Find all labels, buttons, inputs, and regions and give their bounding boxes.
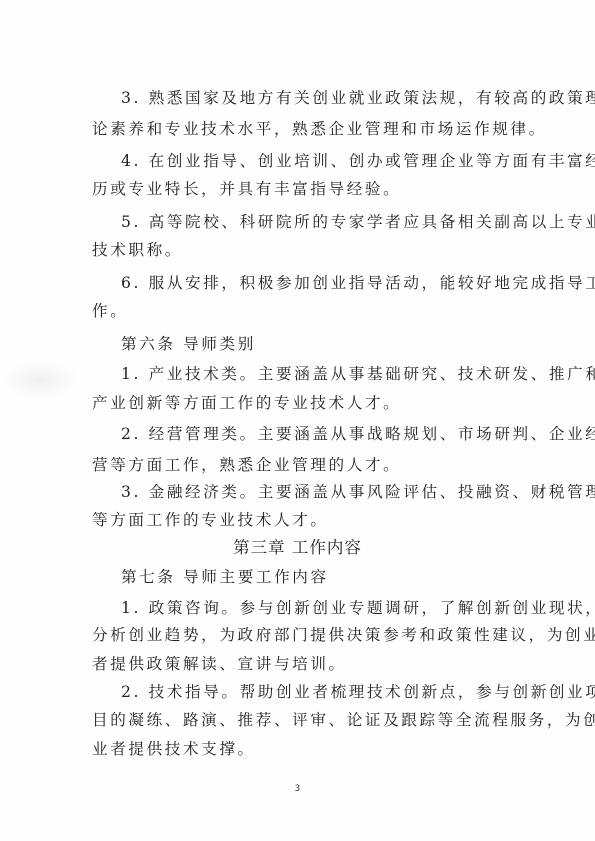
line-text: 2. 经营管理类。主要涵盖从事战略规划、市场研判、企业经	[121, 424, 595, 444]
line-text: 作。	[92, 301, 128, 321]
line-text: 营等方面工作，熟悉企业管理的人才。	[92, 455, 401, 475]
paragraph-line: 分析创业趋势，为政府部门提供决策参考和政策性建议，为创业	[0, 625, 595, 645]
paragraph-line: 产业创新等方面工作的专业技术人才。	[0, 393, 595, 413]
line-text: 分析创业趋势，为政府部门提供决策参考和政策性建议，为创业	[92, 625, 595, 645]
paragraph-line: 技术职称。	[0, 240, 595, 260]
paragraph-line: 作。	[0, 301, 595, 321]
line-text: 业者提供技术支撑。	[92, 739, 256, 759]
page-number: 3	[0, 784, 595, 794]
line-text: 5. 高等院校、科研院所的专家学者应具备相关副高以上专业	[121, 212, 595, 232]
document-page: 3. 熟悉国家及地方有关创业就业政策法规，有较高的政策理 论素养和专业技术水平，…	[0, 0, 595, 841]
line-text: 第六条 导师类别	[121, 334, 256, 354]
paragraph-line: 6. 服从安排，积极参加创业指导活动，能较好地完成指导工	[0, 273, 595, 293]
paragraph-line: 3. 金融经济类。主要涵盖从事风险评估、投融资、财税管理	[0, 482, 595, 502]
line-text: 者提供政策解读、宣讲与培训。	[92, 654, 347, 674]
paragraph-line: 1. 产业技术类。主要涵盖从事基础研究、技术研发、推广和	[0, 364, 595, 384]
paragraph-line: 者提供政策解读、宣讲与培训。	[0, 654, 595, 674]
line-text: 6. 服从安排，积极参加创业指导活动，能较好地完成指导工	[121, 273, 595, 293]
line-text: 2. 技术指导。帮助创业者梳理技术创新点，参与创新创业项	[121, 682, 595, 702]
line-text: 历或专业特长，并具有丰富指导经验。	[92, 179, 401, 199]
paragraph-line: 1. 政策咨询。参与创新创业专题调研，了解创新创业现状，	[0, 598, 595, 618]
line-text: 3. 熟悉国家及地方有关创业就业政策法规，有较高的政策理	[121, 88, 595, 108]
paragraph-line: 历或专业特长，并具有丰富指导经验。	[0, 179, 595, 199]
line-text: 目的凝练、路演、推荐、评审、论证及跟踪等全流程服务，为创	[92, 710, 595, 730]
paragraph-line: 4. 在创业指导、创业培训、创办或管理企业等方面有丰富经	[0, 151, 595, 171]
line-text: 产业创新等方面工作的专业技术人才。	[92, 393, 401, 413]
line-text: 等方面工作的专业技术人才。	[92, 510, 329, 530]
paragraph-line: 等方面工作的专业技术人才。	[0, 510, 595, 530]
paragraph-line: 2. 技术指导。帮助创业者梳理技术创新点，参与创新创业项	[0, 682, 595, 702]
article-title: 第六条 导师类别	[0, 334, 595, 354]
article-title: 第七条 导师主要工作内容	[0, 567, 595, 587]
chapter-heading: 第三章 工作内容	[0, 537, 595, 559]
line-text: 4. 在创业指导、创业培训、创办或管理企业等方面有丰富经	[121, 151, 595, 171]
paragraph-line: 营等方面工作，熟悉企业管理的人才。	[0, 455, 595, 475]
paragraph-line: 业者提供技术支撑。	[0, 739, 595, 759]
line-text: 论素养和专业技术水平，熟悉企业管理和市场运作规律。	[92, 119, 547, 139]
paragraph-line: 3. 熟悉国家及地方有关创业就业政策法规，有较高的政策理	[0, 88, 595, 108]
line-text: 3. 金融经济类。主要涵盖从事风险评估、投融资、财税管理	[121, 482, 595, 502]
paragraph-line: 2. 经营管理类。主要涵盖从事战略规划、市场研判、企业经	[0, 424, 595, 444]
paragraph-line: 5. 高等院校、科研院所的专家学者应具备相关副高以上专业	[0, 212, 595, 232]
paragraph-line: 目的凝练、路演、推荐、评审、论证及跟踪等全流程服务，为创	[0, 710, 595, 730]
line-text: 第七条 导师主要工作内容	[121, 567, 329, 587]
line-text: 技术职称。	[92, 240, 183, 260]
line-text: 1. 政策咨询。参与创新创业专题调研，了解创新创业现状，	[121, 598, 595, 618]
paragraph-line: 论素养和专业技术水平，熟悉企业管理和市场运作规律。	[0, 119, 595, 139]
line-text: 1. 产业技术类。主要涵盖从事基础研究、技术研发、推广和	[121, 364, 595, 384]
